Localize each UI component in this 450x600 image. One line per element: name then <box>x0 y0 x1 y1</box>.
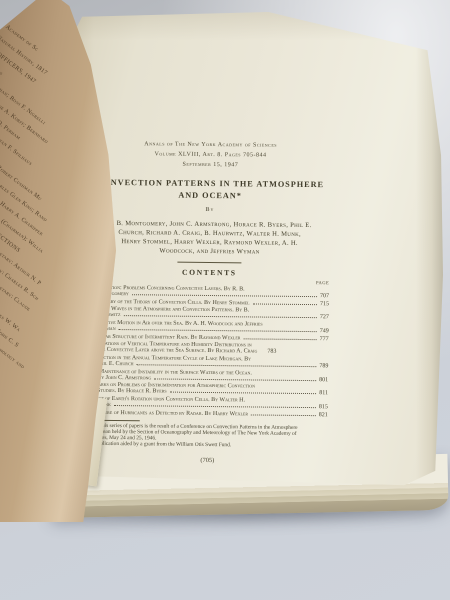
toc-dot-leader <box>114 405 316 408</box>
toc-page-number: 727 <box>320 315 329 321</box>
book-photo: { "photo": { "background_color": "#ccd1d… <box>0 0 450 600</box>
toc-page-number: 777 <box>320 336 329 342</box>
footnote: * This series of papers is the result of… <box>87 423 327 450</box>
toc-line: Structure of Hurricanes as Detected by R… <box>88 409 328 418</box>
toc-dot-leader <box>154 378 316 381</box>
toc-page-number: 815 <box>319 404 328 410</box>
toc-entry: Introduction: Problems Concerning Convec… <box>89 285 329 300</box>
page-content: Annals of The New York Academy of Scienc… <box>87 139 330 465</box>
toc-entry: Internal Waves in the Atmosphere and Con… <box>89 306 329 321</box>
toc-entry: Remarks on Problems of Instrumentation f… <box>88 382 328 397</box>
toc-entry-text: By John C. Armstrong <box>97 375 151 382</box>
table-of-contents: Introduction: Problems Concerning Convec… <box>88 285 329 418</box>
toc-entry: Convection in the Annual Temperature Cyc… <box>88 355 328 370</box>
toc-page-number: 811 <box>319 391 328 397</box>
toc-dot-leader <box>243 338 316 340</box>
toc-entry-text: the Convective Layer above the Sea Surfa… <box>97 347 257 355</box>
divider-rule <box>177 262 241 264</box>
toc-entry: Convective Motion in Air over the Sea. B… <box>89 320 329 335</box>
toc-page-number: 707 <box>320 293 329 299</box>
toc-dot-leader <box>123 315 316 318</box>
toc-entry: Effect of Earth's Rotation upon Convecti… <box>88 396 328 411</box>
footnote-line: Publication aided by a grant from the Wi… <box>87 441 327 450</box>
toc-page-number: 749 <box>320 328 329 334</box>
toc-page-number: 715 <box>320 301 329 307</box>
toc-dot-leader <box>132 294 317 297</box>
toc-entry-text: A Summary of the Theory of Convection Ce… <box>89 298 250 306</box>
toc-dot-leader <box>253 303 317 305</box>
author-list: R. B. Montgomery, John C. Armstrong, Hor… <box>89 219 329 258</box>
toc-dot-leader <box>170 392 317 395</box>
journal-line: September 15, 1947 <box>90 159 330 172</box>
contents-heading: CONTENTS <box>89 267 329 279</box>
toc-dot-leader <box>119 329 317 332</box>
toc-entry-text: Structure of Hurricanes as Detected by R… <box>88 409 248 417</box>
toc-dot-leader <box>251 414 316 416</box>
byline: By <box>90 206 330 216</box>
toc-entry: The Maintenance of Instability in the Su… <box>88 368 328 383</box>
journal-masthead: Annals of The New York Academy of Scienc… <box>90 139 330 172</box>
toc-page-number: 801 <box>319 377 328 383</box>
toc-page-number: 783 <box>267 349 276 355</box>
toc-entry-text: Cellular Structure of Intermittent Rain.… <box>89 333 241 341</box>
toc-entry: Observations of Vertical Temperature and… <box>88 341 328 356</box>
toc-entry: Structure of Hurricanes as Detected by R… <box>88 409 328 418</box>
toc-entry-text: Studies. By Horace R. Byers <box>97 388 167 395</box>
toc-dot-leader <box>137 364 317 367</box>
article-title: CONVECTION PATTERNS IN THE ATMOSPHEREAND… <box>90 177 330 203</box>
toc-page-number: 789 <box>319 363 328 369</box>
toc-page-number: 821 <box>319 412 328 418</box>
